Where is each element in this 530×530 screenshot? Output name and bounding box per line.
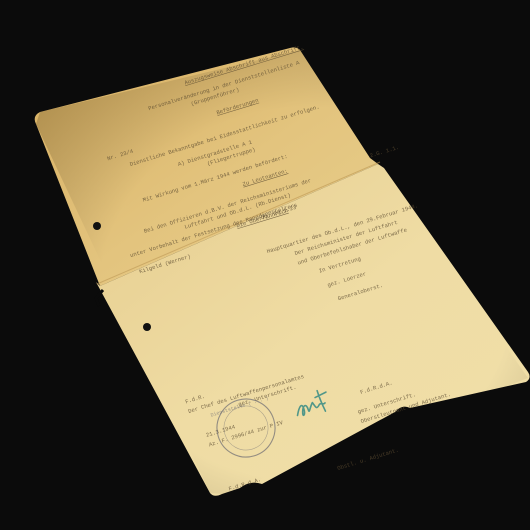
punch-hole-lower [143, 323, 151, 331]
punch-hole-upper [93, 222, 101, 230]
document-photo: Auszugsweise Abschrift aus Abschrift.Per… [0, 0, 530, 530]
